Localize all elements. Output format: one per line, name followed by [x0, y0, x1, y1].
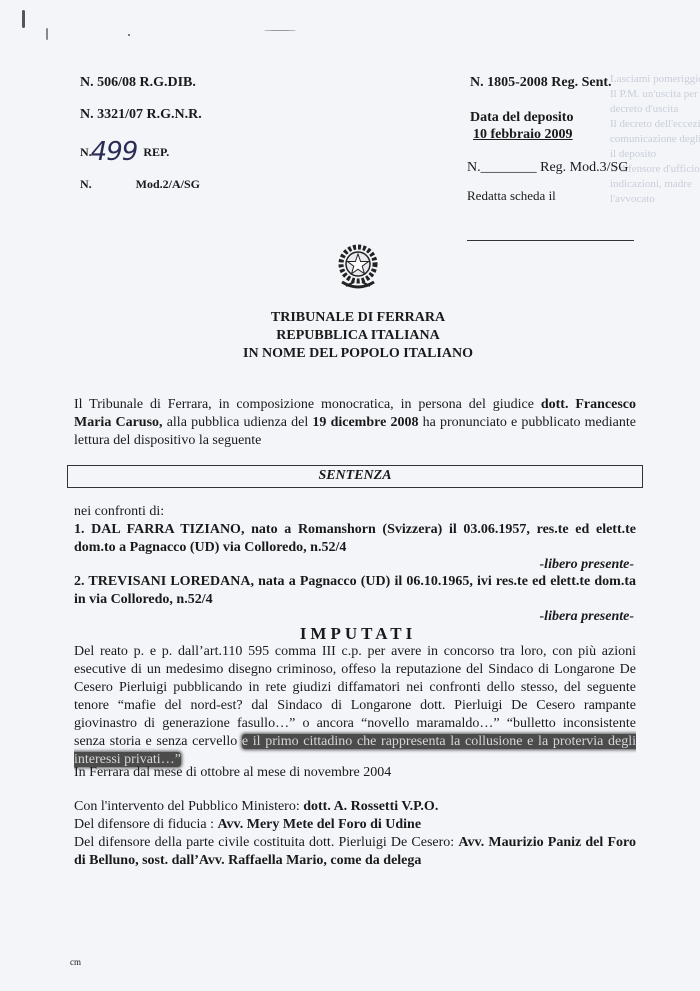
prosecutor-name: dott. A. Rossetti V.P.O.	[303, 799, 438, 814]
counsel-label: Del difensore di fiducia :	[74, 817, 217, 832]
mod-prefix: N.	[80, 177, 92, 191]
republic-title: REPUBBLICA ITALIANA	[0, 328, 700, 344]
scan-artifact	[264, 30, 296, 31]
intro-paragraph: Il Tribunale di Ferrara, in composizione…	[74, 396, 636, 450]
reg-sent-number: N. 1805-2008 Reg. Sent.	[470, 75, 612, 91]
defendants-intro: nei confronti di:	[74, 503, 636, 521]
rg-dib-number: N. 506/08 R.G.DIB.	[80, 75, 196, 91]
mod-code: Mod.2/A/SG	[136, 177, 200, 191]
counsel-label: Con l'intervento del Pubblico Ministero:	[74, 799, 303, 814]
rep-number: N.499REP.	[80, 137, 169, 167]
reg-mod3-number: N.________ Reg. Mod.3/SG	[467, 160, 628, 176]
bleed-through-text: Lasciami pomeriggioIl P.M. un'uscita per…	[610, 72, 700, 207]
rep-prefix: N.	[80, 145, 92, 159]
rgnr-number: N. 3321/07 R.G.N.R.	[80, 107, 202, 123]
civil-party-line: Del difensore della parte civile costitu…	[74, 834, 636, 870]
sentenza-box: SENTENZA	[67, 465, 643, 488]
footer-mark: cm	[70, 957, 81, 967]
hearing-date: 19 dicembre 2008	[312, 415, 418, 430]
scan-artifact	[46, 28, 48, 40]
defendant-1-status: -libero presente-	[540, 557, 634, 573]
imputati-heading: IMPUTATI	[0, 624, 700, 644]
mod-2-number: N.Mod.2/A/SG	[80, 177, 200, 192]
court-title: TRIBUNALE DI FERRARA	[0, 310, 700, 326]
prosecutor-line: Con l'intervento del Pubblico Ministero:…	[74, 798, 636, 816]
counsel-block: Con l'intervento del Pubblico Ministero:…	[74, 798, 636, 870]
counsel-label: Del difensore della parte civile costitu…	[74, 835, 458, 850]
italian-republic-emblem-icon	[334, 242, 382, 292]
rep-handwritten-number: 499	[91, 137, 138, 167]
defendant-2-status: -libera presente-	[540, 609, 634, 625]
deposit-label: Data del deposito	[470, 110, 573, 126]
charge-paragraph: Del reato p. e p. dall’art.110 595 comma…	[74, 643, 636, 769]
rep-suffix: REP.	[143, 145, 169, 159]
defendant-1: 1. DAL FARRA TIZIANO, nato a Romanshorn …	[74, 521, 636, 557]
scan-artifact	[128, 34, 130, 36]
scan-artifact	[22, 10, 25, 28]
court-document-page: Lasciami pomeriggioIl P.M. un'uscita per…	[0, 0, 700, 991]
sentenza-heading: SENTENZA	[68, 468, 642, 484]
defendant-2: 2. TREVISANI LOREDANA, nata a Pagnacco (…	[74, 573, 636, 609]
in-name-title: IN NOME DEL POPOLO ITALIANO	[0, 346, 700, 362]
signature-line	[467, 240, 634, 241]
defense-attorney: Avv. Mery Mete del Foro di Udine	[217, 817, 421, 832]
scheda-label: Redatta scheda il	[467, 188, 556, 204]
intro-text: Il Tribunale di Ferrara, in composizione…	[74, 397, 541, 412]
deposit-date: 10 febbraio 2009	[473, 127, 573, 143]
place-time: In Ferrara dal mese di ottobre al mese d…	[74, 764, 636, 782]
intro-text: alla pubblica udienza del	[163, 415, 313, 430]
defense-line: Del difensore di fiducia : Avv. Mery Met…	[74, 816, 636, 834]
